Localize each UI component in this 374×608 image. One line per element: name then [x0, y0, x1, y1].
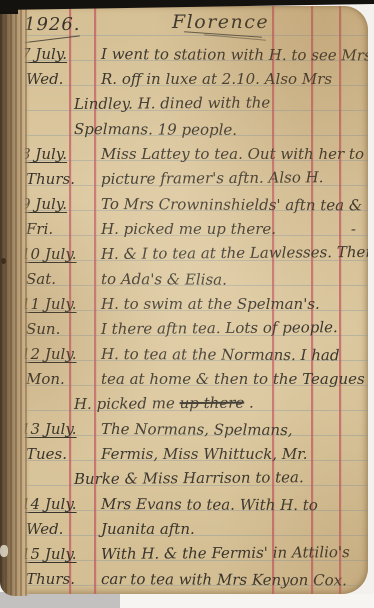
binding-edge — [0, 4, 30, 596]
entry-day: Sun. — [26, 317, 60, 342]
diary-line: Spelmans. 19 people. — [4, 117, 368, 142]
top-black-edge — [0, 0, 18, 14]
line-text: R. off in luxe at 2.10. Also Mrs — [101, 67, 332, 92]
line-text: Lindley. H. dined with the — [74, 90, 270, 117]
diary-line: 8 July.Miss Lattey to tea. Out with her … — [4, 142, 368, 167]
diary-line: 10 July.H. & I to tea at the Lawlesses. … — [4, 242, 368, 267]
line-text: Burke & Miss Harrison to tea. — [74, 465, 304, 492]
line-text: H. to swim at the Spelman's. — [101, 292, 320, 317]
diary-line: Wed.Juanita aftn. — [4, 517, 368, 542]
paper-speck — [1, 258, 6, 264]
diary-line: Burke & Miss Harrison to tea. — [4, 467, 368, 492]
line-text: H. to tea at the Normans. I had — [101, 342, 340, 368]
line-text: Juanita aftn. — [101, 517, 195, 542]
entry-day: Wed. — [26, 67, 63, 92]
entry-day: Mon. — [26, 367, 65, 392]
entry-day: Fri. — [26, 217, 53, 242]
diary-line: Sat.to Ada's & Elisa. — [4, 267, 368, 292]
diary-line: Sun.I there aftn tea. Lots of people. — [4, 317, 368, 342]
diary-line: Thurs.car to tea with Mrs Kenyon Cox. — [4, 567, 368, 592]
line-text: H. & I to tea at the Lawlesses. Then — [101, 240, 368, 267]
diary-line: 14 July.Mrs Evans to tea. With H. to — [4, 492, 368, 517]
diary-line: Tues.Fermis, Miss Whittuck, Mr. — [4, 442, 368, 467]
line-text: H. picked me up there. — [101, 217, 276, 242]
line-text: car to tea with Mrs Kenyon Cox. — [101, 567, 347, 593]
line-text-post: . — [244, 394, 254, 412]
line-text: I went to station with H. to see Mrs — [101, 42, 368, 68]
line-text: Spelmans. 19 people. — [74, 117, 237, 143]
line-text: picture framer's aftn. Also H. — [101, 165, 324, 192]
entry-day: Wed. — [26, 517, 63, 542]
strikethrough-text: up there — [179, 394, 244, 413]
entry-day: Thurs. — [26, 567, 75, 592]
line-text: I there aftn tea. Lots of people. — [101, 315, 338, 342]
diary-line: Lindley. H. dined with the — [4, 92, 368, 117]
line-text-pre: H. picked me — [74, 394, 180, 413]
entry-day: Tues. — [26, 442, 67, 467]
diary-line: 12 July.H. to tea at the Normans. I had — [4, 342, 368, 367]
diary-line: 15 July.With H. & the Fermis' in Attilio… — [4, 542, 368, 567]
paper-speck — [0, 545, 8, 557]
diary-line: Mon.tea at home & then to the Teagues & — [4, 367, 368, 392]
line-text: Miss Lattey to tea. Out with her to — [101, 142, 364, 167]
notebook-page: 1926. Florence 7 July.I went to station … — [4, 6, 368, 594]
entry-day: Sat. — [26, 267, 56, 292]
line-text: Fermis, Miss Whittuck, Mr. — [101, 442, 307, 467]
diary-line: Thurs.picture framer's aftn. Also H. — [4, 167, 368, 192]
backdrop-white-strip — [120, 594, 374, 608]
margin-dash: - — [351, 217, 356, 242]
entry-day: Thurs. — [26, 167, 75, 192]
line-text: Mrs Evans to tea. With H. to — [101, 492, 318, 518]
page-title: Florence — [172, 11, 269, 33]
diary-line: 9 July.To Mrs Crowninshields' aftn tea & — [4, 192, 368, 217]
line-text: With H. & the Fermis' in Attilio's — [101, 540, 350, 567]
photo-frame: 1926. Florence 7 July.I went to station … — [0, 0, 374, 608]
diary-line: Wed.R. off in luxe at 2.10. Also Mrs — [4, 67, 368, 92]
diary-line: Fri.H. picked me up there.- — [4, 217, 368, 242]
line-text: to Ada's & Elisa. — [101, 267, 227, 293]
diary-line: H. picked me up there . — [4, 392, 368, 417]
line-text: H. picked me up there . — [74, 391, 254, 417]
diary-line: 13 July.The Normans, Spelmans, — [4, 417, 368, 442]
line-text: To Mrs Crowninshields' aftn tea & — [101, 192, 362, 218]
diary-line: 7 July.I went to station with H. to see … — [4, 42, 368, 67]
line-text: The Normans, Spelmans, — [101, 417, 293, 443]
diary-line: 11 July.H. to swim at the Spelman's. — [4, 292, 368, 317]
page-year: 1926. — [24, 14, 81, 35]
line-text: tea at home & then to the Teagues & — [101, 367, 368, 392]
